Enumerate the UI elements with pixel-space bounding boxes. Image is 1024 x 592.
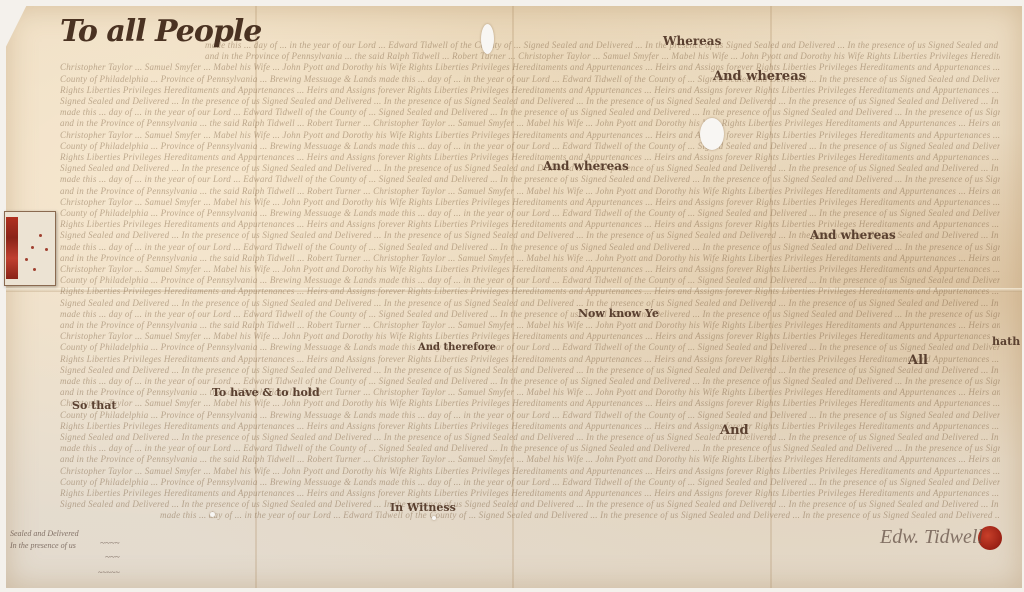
script-line: made this ... day of ... in the year of …: [60, 107, 1000, 117]
script-line: made this ... day of ... in the year of …: [60, 174, 1000, 184]
script-line: made this ... day of ... in the year of …: [60, 443, 1000, 453]
attestation-label: Sealed and Delivered: [10, 529, 79, 538]
script-line: Signed Sealed and Delivered ... In the p…: [60, 432, 1000, 442]
seal-tab: [4, 211, 56, 286]
script-line: and in the Province of Pennsylvania ... …: [60, 253, 1000, 263]
keyword-in-witness: In Witness: [390, 501, 456, 514]
script-line: Signed Sealed and Delivered ... In the p…: [60, 96, 1000, 106]
script-line: made this ... day of ... in the year of …: [160, 510, 1000, 520]
script-line: County of Philadelphia ... Province of P…: [60, 74, 1000, 84]
worm-hole: [700, 118, 724, 150]
script-line: Signed Sealed and Delivered ... In the p…: [60, 499, 1000, 509]
script-line: and in the Province of Pennsylvania ... …: [205, 51, 1000, 61]
script-line: and in the Province of Pennsylvania ... …: [60, 118, 1000, 128]
grantor-signature: Edw. Tidwell: [880, 526, 983, 549]
script-line: Rights Liberties Privileges Hereditament…: [60, 286, 1000, 296]
wax-seal-fragment: [6, 217, 18, 279]
keyword-and-therefore: And therefore: [418, 342, 496, 353]
script-line: Christopher Taylor ... Samuel Smyfer ...…: [60, 331, 1000, 341]
script-line: and in the Province of Pennsylvania ... …: [60, 320, 1000, 330]
keyword-and: And: [720, 423, 749, 438]
worm-hole: [432, 516, 436, 520]
keyword-all: All: [908, 353, 928, 368]
script-line: and in the Province of Pennsylvania ... …: [60, 387, 1000, 397]
script-line: Christopher Taylor ... Samuel Smyfer ...…: [60, 62, 1000, 72]
keyword-now-know-ye: Now know Ye: [578, 307, 659, 320]
script-line: County of Philadelphia ... Province of P…: [60, 208, 1000, 218]
script-line: made this ... day of ... in the year of …: [205, 40, 1000, 50]
script-line: Christopher Taylor ... Samuel Smyfer ...…: [60, 264, 1000, 274]
script-line: Rights Liberties Privileges Hereditament…: [60, 152, 1000, 162]
keyword-to-have-to-hold: To have & to hold: [212, 386, 320, 399]
script-line: and in the Province of Pennsylvania ... …: [60, 454, 1000, 464]
script-line: County of Philadelphia ... Province of P…: [60, 141, 1000, 151]
script-line: Christopher Taylor ... Samuel Smyfer ...…: [60, 130, 1000, 140]
worm-hole: [210, 512, 215, 517]
document-title: To all People: [60, 14, 261, 49]
witness-signature: ~~~: [105, 552, 120, 562]
script-line: Christopher Taylor ... Samuel Smyfer ...…: [60, 197, 1000, 207]
script-line: County of Philadelphia ... Province of P…: [60, 477, 1000, 487]
keyword-and-whereas-3: And whereas: [810, 228, 896, 242]
witness-signature: ~~~~: [100, 538, 119, 548]
script-line: Rights Liberties Privileges Hereditament…: [60, 354, 1000, 364]
script-line: Christopher Taylor ... Samuel Smyfer ...…: [60, 398, 1000, 408]
script-line: Rights Liberties Privileges Hereditament…: [60, 85, 1000, 95]
script-line: Rights Liberties Privileges Hereditament…: [60, 488, 1000, 498]
keyword-hath: hath: [992, 335, 1020, 348]
script-line: Signed Sealed and Delivered ... In the p…: [60, 365, 1000, 375]
keyword-and-whereas-1: And whereas: [713, 69, 806, 84]
script-line: made this ... day of ... in the year of …: [60, 309, 1000, 319]
keyword-and-whereas-2: And whereas: [543, 159, 629, 173]
witness-signature: ~~~~~: [98, 568, 120, 577]
script-line: made this ... day of ... in the year of …: [60, 376, 1000, 386]
script-line: Signed Sealed and Delivered ... In the p…: [60, 298, 1000, 308]
script-line: County of Philadelphia ... Province of P…: [60, 275, 1000, 285]
attestation-label: In the presence of us: [10, 541, 76, 550]
script-line: Rights Liberties Privileges Hereditament…: [60, 421, 1000, 431]
worm-hole: [481, 24, 494, 54]
script-line: County of Philadelphia ... Province of P…: [60, 342, 1000, 352]
keyword-whereas-1: Whereas: [663, 34, 721, 48]
script-line: Signed Sealed and Delivered ... In the p…: [60, 163, 1000, 173]
script-line: made this ... day of ... in the year of …: [60, 242, 1000, 252]
keyword-so-that: So that: [72, 399, 116, 412]
script-line: County of Philadelphia ... Province of P…: [60, 410, 1000, 420]
script-line: and in the Province of Pennsylvania ... …: [60, 186, 1000, 196]
script-line: Christopher Taylor ... Samuel Smyfer ...…: [60, 466, 1000, 476]
